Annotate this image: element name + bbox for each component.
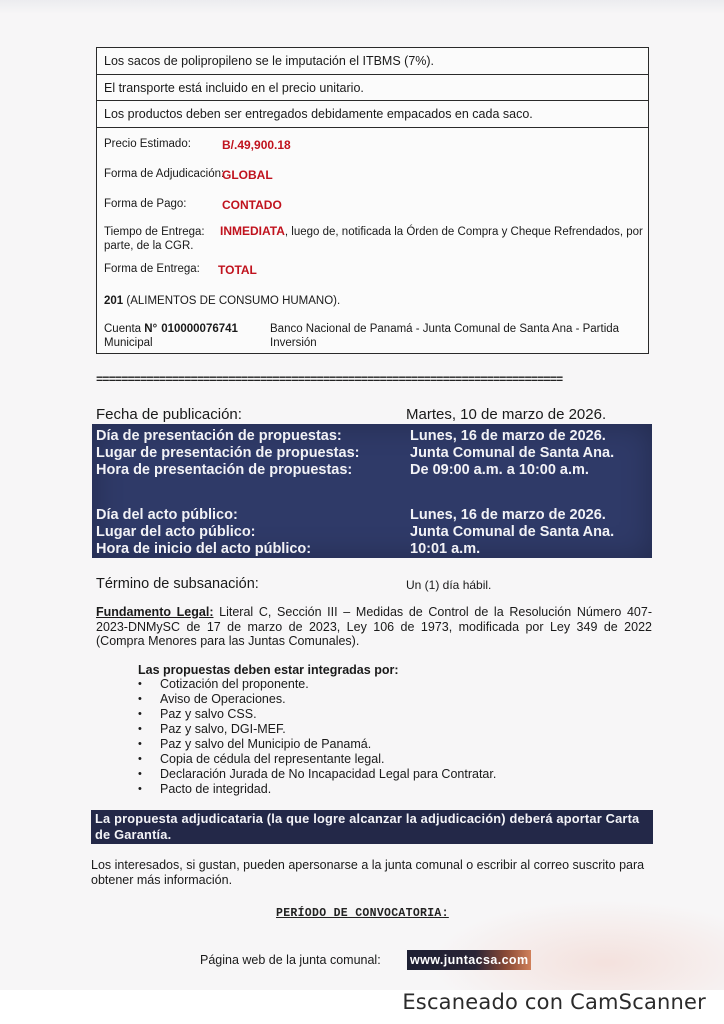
bullet-icon: • bbox=[138, 767, 142, 782]
schedule-value: De 09:00 a.m. a 10:00 a.m. bbox=[410, 461, 589, 479]
schedule-label: Lugar del acto público: bbox=[96, 524, 256, 540]
precio-label: Precio Estimado: bbox=[104, 138, 191, 150]
bullet-icon: • bbox=[138, 707, 142, 722]
list-item: •Pacto de integridad. bbox=[138, 782, 496, 797]
tiempo-label: Tiempo de Entrega: bbox=[104, 225, 220, 239]
forma-entrega: Forma de Entrega: TOTAL bbox=[104, 263, 200, 275]
camscanner-watermark: Escaneado con CamScanner bbox=[402, 990, 706, 1014]
schedule-value: Junta Comunal de Santa Ana. bbox=[410, 523, 614, 541]
forma-pago: Forma de Pago: CONTADO bbox=[104, 198, 186, 210]
schedule-label: Lugar de presentación de propuestas: bbox=[96, 445, 359, 461]
conditions-box: Los sacos de polipropileno se le imputac… bbox=[96, 47, 649, 354]
list-item: •Paz y salvo del Municipio de Panamá. bbox=[138, 737, 496, 752]
schedule-value: Lunes, 16 de marzo de 2026. bbox=[410, 427, 606, 445]
tiempo-value: INMEDIATA bbox=[220, 224, 285, 238]
pago-value: CONTADO bbox=[222, 198, 362, 212]
adjudicacion-label: Forma de Adjudicación: bbox=[104, 168, 224, 180]
requirement-text: Aviso de Operaciones. bbox=[160, 692, 286, 706]
entrega-label: Forma de Entrega: bbox=[104, 263, 200, 275]
schedule-row: Hora de inicio del acto público:10:01 a.… bbox=[96, 540, 648, 558]
schedule-label: Día de presentación de propuestas: bbox=[96, 428, 342, 444]
schedule-value: Junta Comunal de Santa Ana. bbox=[410, 444, 614, 462]
requirement-text: Pacto de integridad. bbox=[160, 782, 271, 796]
list-item: •Declaración Jurada de No Incapacidad Le… bbox=[138, 767, 496, 782]
schedule-label: Día del acto público: bbox=[96, 507, 238, 523]
fundamento-legal: Fundamento Legal: Literal C, Sección III… bbox=[96, 605, 652, 649]
condition-itbms: Los sacos de polipropileno se le imputac… bbox=[97, 48, 648, 75]
fecha-publicacion: Fecha de publicación: Martes, 10 de marz… bbox=[96, 406, 656, 423]
schedule-value: 10:01 a.m. bbox=[410, 540, 480, 558]
garantia-banner: La propuesta adjudicataria (la que logre… bbox=[91, 810, 653, 844]
bullet-icon: • bbox=[138, 692, 142, 707]
schedule-row: Hora de presentación de propuestas:De 09… bbox=[96, 461, 648, 479]
legal-heading: Fundamento Legal: bbox=[96, 605, 213, 619]
schedule-label: Hora de inicio del acto público: bbox=[96, 541, 311, 557]
bullet-icon: • bbox=[138, 722, 142, 737]
cuenta-label: Cuenta bbox=[104, 323, 144, 335]
bullet-icon: • bbox=[138, 782, 142, 797]
partida-desc: (ALIMENTOS DE CONSUMO HUMANO). bbox=[123, 295, 340, 307]
subsanacion-label: Término de subsanación: bbox=[96, 576, 259, 592]
schedule-label: Hora de presentación de propuestas: bbox=[96, 462, 352, 478]
schedule-value: Lunes, 16 de marzo de 2026. bbox=[410, 506, 606, 524]
cuenta-banco: Banco Nacional de Panamá - Junta Comunal… bbox=[270, 322, 644, 350]
precio-estimado: Precio Estimado: B/.49,900.18 bbox=[104, 138, 191, 150]
precio-value: B/.49,900.18 bbox=[222, 138, 362, 152]
condition-empaque: Los productos deben ser entregados debid… bbox=[97, 101, 648, 128]
requirement-text: Paz y salvo CSS. bbox=[160, 707, 257, 721]
scan-edge bbox=[0, 0, 724, 14]
publicacion-value: Martes, 10 de marzo de 2026. bbox=[406, 406, 606, 423]
partida-code: 201 bbox=[104, 295, 123, 307]
requirement-text: Paz y salvo del Municipio de Panamá. bbox=[160, 737, 371, 751]
schedule-row: Día de presentación de propuestas:Lunes,… bbox=[96, 427, 648, 445]
schedule-block: Día de presentación de propuestas:Lunes,… bbox=[92, 424, 652, 558]
publicacion-label: Fecha de publicación: bbox=[96, 406, 242, 423]
cuenta-no: N° bbox=[144, 323, 157, 335]
cuenta-tail: Municipal bbox=[104, 337, 153, 349]
termino-subsanacion: Término de subsanación: Un (1) día hábil… bbox=[96, 576, 656, 592]
list-item: •Paz y salvo CSS. bbox=[138, 707, 496, 722]
schedule-row: Día del acto público:Lunes, 16 de marzo … bbox=[96, 506, 648, 524]
adjudicacion-value: GLOBAL bbox=[222, 168, 362, 182]
website-link[interactable]: www.juntacsa.com bbox=[407, 950, 531, 970]
bullet-icon: • bbox=[138, 677, 142, 692]
forma-adjudicacion: Forma de Adjudicación: GLOBAL bbox=[104, 168, 224, 180]
requirement-text: Declaración Jurada de No Incapacidad Leg… bbox=[160, 767, 496, 781]
requirement-text: Copia de cédula del representante legal. bbox=[160, 752, 384, 766]
list-item: •Paz y salvo, DGI-MEF. bbox=[138, 722, 496, 737]
requirements-title: Las propuestas deben estar integradas po… bbox=[138, 663, 399, 677]
requirements-list: •Cotización del proponente. •Aviso de Op… bbox=[138, 677, 496, 797]
tiempo-entrega: Tiempo de Entrega:INMEDIATA, luego de, n… bbox=[104, 224, 644, 253]
condition-transporte: El transporte está incluido en el precio… bbox=[97, 75, 648, 101]
bullet-icon: • bbox=[138, 752, 142, 767]
list-item: •Cotización del proponente. bbox=[138, 677, 496, 692]
entrega-value: TOTAL bbox=[218, 263, 358, 277]
separator-rule: ========================================… bbox=[96, 373, 649, 387]
scan-tint bbox=[430, 900, 724, 990]
schedule-row: Lugar del acto público:Junta Comunal de … bbox=[96, 523, 648, 541]
cuenta-number: 010000076741 bbox=[161, 323, 238, 335]
cuenta: Cuenta N°010000076741 Banco Nacional de … bbox=[104, 322, 644, 350]
requirement-text: Cotización del proponente. bbox=[160, 677, 309, 691]
bullet-icon: • bbox=[138, 737, 142, 752]
list-item: •Aviso de Operaciones. bbox=[138, 692, 496, 707]
web-label: Página web de la junta comunal: bbox=[200, 953, 381, 967]
info-paragraph: Los interesados, si gustan, pueden apers… bbox=[91, 858, 651, 888]
list-item: •Copia de cédula del representante legal… bbox=[138, 752, 496, 767]
requirement-text: Paz y salvo, DGI-MEF. bbox=[160, 722, 286, 736]
schedule-row: Lugar de presentación de propuestas:Junt… bbox=[96, 444, 648, 462]
periodo-heading: PERÍODO DE CONVOCATORIA: bbox=[276, 907, 449, 920]
pago-label: Forma de Pago: bbox=[104, 198, 186, 210]
subsanacion-value: Un (1) día hábil. bbox=[406, 578, 606, 592]
partida: 201 (ALIMENTOS DE CONSUMO HUMANO). bbox=[104, 295, 340, 307]
